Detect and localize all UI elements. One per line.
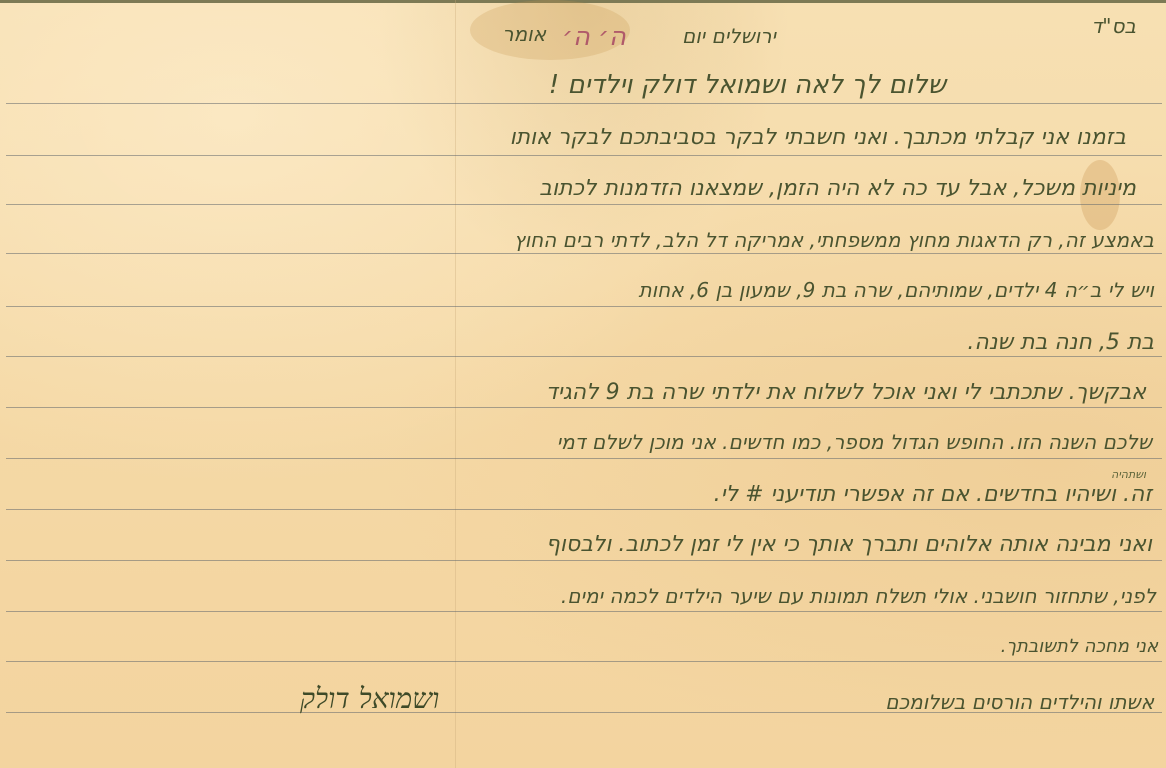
body-line-8: זה. ושיהיו בחדשים. אם זה אפשרי תודיעני #… <box>714 482 1152 507</box>
body-line-5: בת 5, חנה בת שנה. <box>967 330 1154 355</box>
ruled-line <box>6 661 1162 662</box>
ruled-line <box>6 306 1162 307</box>
body-line-2: מיניות משכל, אבל עד כה לא היה הזמן, שמצא… <box>539 176 1136 201</box>
insertion-note: ושתהיה <box>1111 468 1146 481</box>
ruled-line <box>6 407 1162 408</box>
ruled-line <box>6 458 1162 459</box>
paper-fold-line <box>455 0 456 768</box>
body-line-7: שלכם השנה הזו. החופש הגדול מספר, כמו חדש… <box>557 430 1152 454</box>
ruled-line <box>6 204 1162 205</box>
ruled-line <box>6 253 1162 254</box>
ruled-line <box>6 155 1162 156</box>
body-line-1: בזמנו אני קבלתי מכתבך. ואני חשבתי לבקר ב… <box>510 125 1126 150</box>
body-line-4: ויש לי ב״ה 4 ילדים, שמותיהם, שרה בת 9, ש… <box>638 278 1154 302</box>
ruled-line <box>6 509 1162 510</box>
body-line-6: אבקשך. שתכתבי לי ואני אוכל לשלוח את ילדת… <box>546 380 1146 405</box>
header-date-mark: ה׳ ה׳ <box>562 22 626 52</box>
body-line-3: באמצע זה, רק הדאגות מחוץ ממשפחתי, אמריקה… <box>514 228 1154 252</box>
body-line-9: ואני מבינה אותה אלוהים ותברך אותך כי אין… <box>546 532 1152 557</box>
signoff: אשתו והילדים הורסים בשלומכם <box>885 690 1154 714</box>
header-place: ירושלים יום <box>682 24 776 48</box>
body-line-11: אני מחכה לתשובתך. <box>1001 636 1158 657</box>
header-date-suffix: אומר <box>502 22 546 46</box>
header-corner: בס"ד <box>1091 14 1136 38</box>
letter-paper: בס"ד ירושלים יום ה׳ ה׳ אומר שלום לך לאה … <box>0 0 1166 768</box>
body-line-10: לפני, שתחזור חושבני. אולי תשלח תמונות עם… <box>561 584 1156 608</box>
ruled-line <box>6 611 1162 612</box>
greeting: שלום לך לאה ושמואל דולק וילדים ! <box>549 70 946 100</box>
ruled-line <box>6 356 1162 357</box>
signature: ושמואל דולק <box>300 682 439 716</box>
ruled-line <box>6 560 1162 561</box>
ruled-line <box>6 103 1162 104</box>
